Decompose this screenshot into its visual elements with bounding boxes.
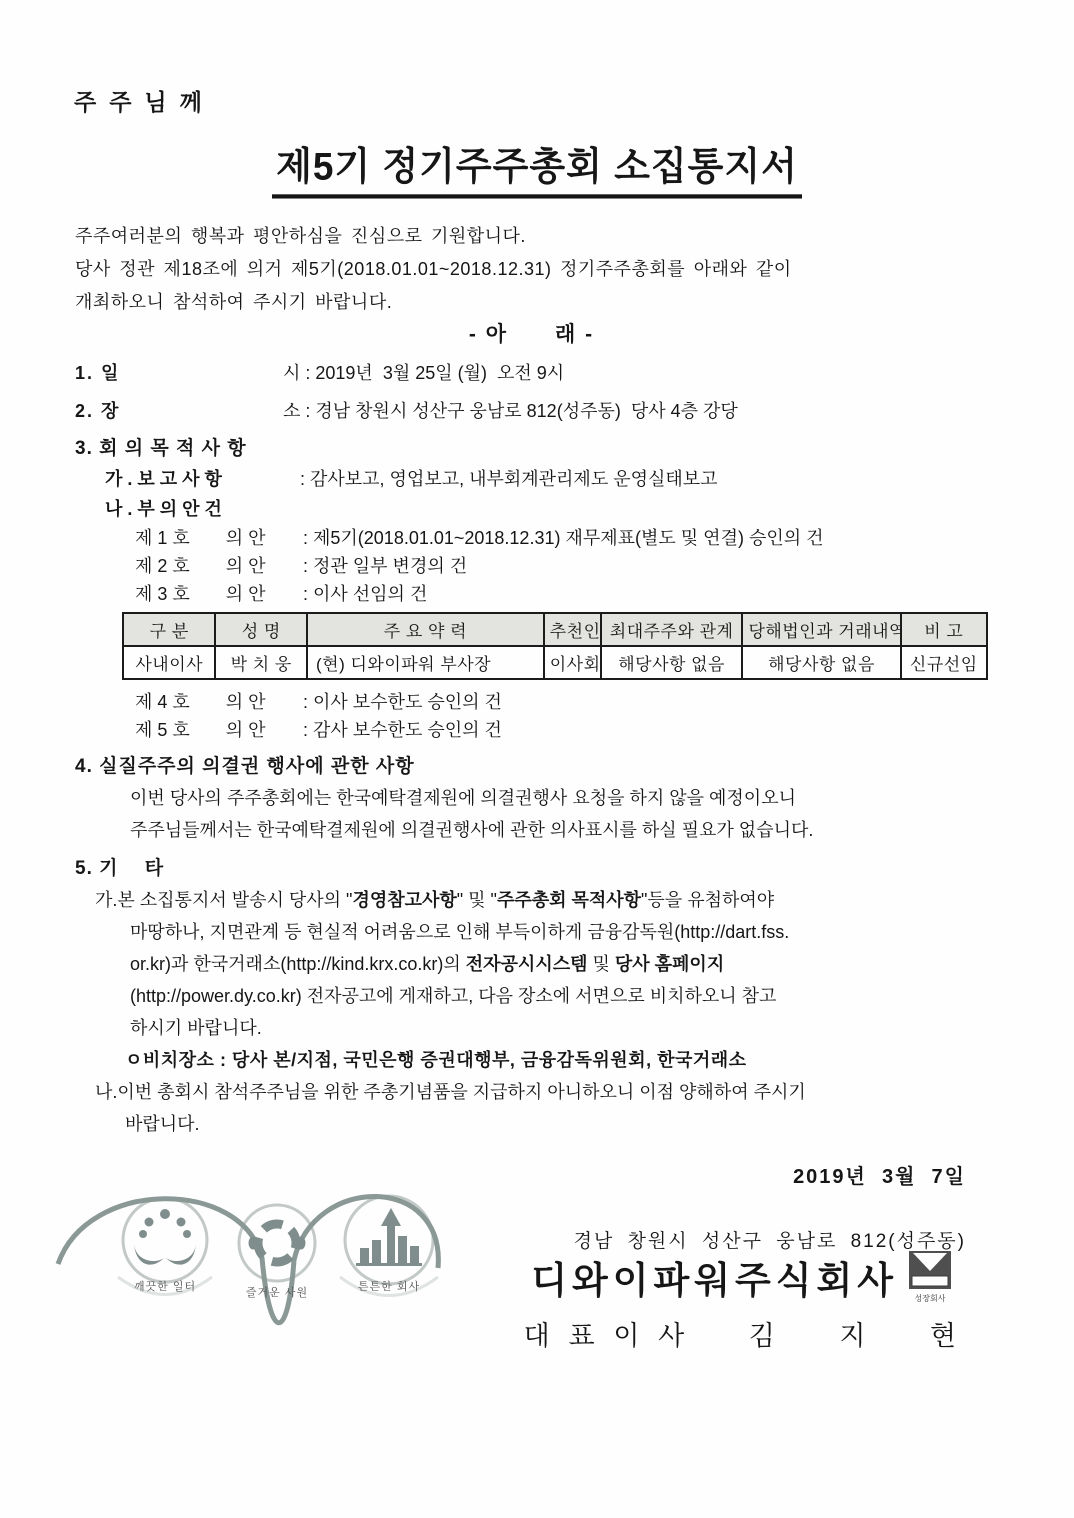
table-header-row: 구 분 성 명 주 요 약 력 추천인 최대주주와 관계 당해법인과 거래내역 … — [123, 613, 987, 646]
section4-line: 이번 당사의 주주총회에는 한국예탁결제원에 의결권행사 요청을 하지 않을 예… — [75, 782, 988, 814]
intro-line: 주주여러분의 행복과 평안하심을 진심으로 기원합니다. — [75, 220, 988, 253]
proposal-value: : 이사 보수한도 승인의 건 — [303, 688, 988, 716]
clean-workplace-icon — [134, 1209, 196, 1265]
agenda-value — [300, 494, 988, 524]
table-row: 사내이사 박 치 웅 (현) 디와이파워 부사장 이사회 해당사항 없음 해당사… — [123, 646, 987, 679]
company-seal: 성장회사 — [906, 1250, 954, 1304]
proposal-label: 제 5 호 의 안 — [135, 716, 303, 744]
greeting-text: 주주님께 — [74, 84, 215, 117]
title-wrap: 제5기 정기주주총회 소집통지서 — [0, 136, 1074, 197]
cell-transactions: 해당사항 없음 — [742, 646, 900, 679]
section5-line: 가.본 소집통지서 발송시 당사의 "경영참고사항" 및 "주주총회 목적사항"… — [75, 884, 988, 916]
deposit-place-line: ㅇ비치장소 : 당사 본/지점, 국민은행 증권대행부, 금융감독위원회, 한국… — [75, 1044, 988, 1076]
section5-line: 나.이번 총회시 참석주주님을 위한 주총기념품을 지급하지 아니하오니 이점 … — [75, 1076, 988, 1108]
company-address: 경남 창원시 성산구 웅남로 812(성주동) — [574, 1226, 966, 1253]
schedule-value: 소 : 경남 창원시 성산구 웅남로 812(성주동) 당사 4층 강당 — [283, 396, 988, 426]
schedule-row-place: 2. 장 소 : 경남 창원시 성산구 웅남로 812(성주동) 당사 4층 강… — [75, 396, 988, 426]
strong-company-icon — [356, 1208, 422, 1266]
col-header-category: 구 분 — [123, 613, 215, 646]
col-header-recommender: 추천인 — [544, 613, 601, 646]
section4-heading: 4. 실질주주의 의결권 행사에 관한 사항 — [75, 752, 988, 782]
agenda-row-report: 가 . 보 고 사 항 : 감사보고, 영업보고, 내부회계관리제도 운영실태보… — [105, 464, 988, 494]
company-seal-icon — [906, 1250, 954, 1292]
section5-line: 바랍니다. — [75, 1108, 988, 1140]
cell-recommender: 이사회 — [544, 646, 601, 679]
proposal-label: 제 2 호 의 안 — [135, 552, 303, 580]
section5-heading: 5. 기 타 — [75, 854, 988, 884]
proposal-value: : 제5기(2018.01.01~2018.12.31) 재무제표(별도 및 연… — [303, 524, 988, 552]
schedule-label: 2. 장 — [75, 396, 283, 426]
company-slogan-logo: 깨끗한 일터 즐거운 사원 튼튼한 회사 — [48, 1172, 458, 1357]
company-name: 디와이파워주식회사 — [531, 1250, 898, 1304]
proposal-value: : 이사 선임의 건 — [303, 580, 988, 608]
wave-line — [58, 1196, 438, 1322]
intro-line: 개최하오니 참석하여 주시기 바랍니다. — [75, 286, 988, 319]
company-signature-row: 디와이파워주식회사 성장회사 — [531, 1250, 954, 1304]
cell-name: 박 치 웅 — [215, 646, 307, 679]
agenda-value: : 감사보고, 영업보고, 내부회계관리제도 운영실태보고 — [300, 464, 988, 494]
document-body: 주주여러분의 행복과 평안하심을 진심으로 기원합니다. 당사 정관 제18조에… — [75, 220, 988, 1140]
agenda-label: 가 . 보 고 사 항 — [105, 464, 300, 494]
section4-line: 주주님들께서는 한국예탁결제원에 의결권행사에 관한 의사표시를 하실 필요가 … — [75, 814, 988, 846]
agenda-row-resolution: 나 . 부 의 안 건 — [105, 494, 988, 524]
logo-label: 튼튼한 회사 — [358, 1279, 420, 1293]
section5-line: 하시기 바랍니다. — [75, 1012, 988, 1044]
schedule-value: 시 : 2019년 3월 25일 (월) 오전 9시 — [283, 358, 988, 388]
proposal-label: 제 1 호 의 안 — [135, 524, 303, 552]
proposal-1: 제 1 호 의 안 : 제5기(2018.01.01~2018.12.31) 재… — [135, 524, 988, 552]
intro-line: 당사 정관 제18조에 의거 제5기(2018.01.01~2018.12.31… — [75, 253, 988, 286]
proposal-value: : 정관 일부 변경의 건 — [303, 552, 988, 580]
schedule-label: 1. 일 — [75, 358, 283, 388]
col-header-name: 성 명 — [215, 613, 307, 646]
proposal-2: 제 2 호 의 안 : 정관 일부 변경의 건 — [135, 552, 988, 580]
col-header-career: 주 요 약 력 — [307, 613, 544, 646]
col-header-transactions: 당해법인과 거래내역 — [742, 613, 900, 646]
cell-relation: 해당사항 없음 — [601, 646, 743, 679]
proposal-label: 제 4 호 의 안 — [135, 688, 303, 716]
section-divider: - 아 래 - — [75, 319, 988, 350]
section5-line: (http://power.dy.co.kr) 전자공고에 게재하고, 다음 장… — [75, 980, 988, 1012]
happy-employees-icon — [249, 1216, 306, 1270]
logo-label: 즐거운 사원 — [246, 1285, 308, 1299]
director-candidate-table: 구 분 성 명 주 요 약 력 추천인 최대주주와 관계 당해법인과 거래내역 … — [122, 612, 988, 680]
schedule-row-datetime: 1. 일 시 : 2019년 3월 25일 (월) 오전 9시 — [75, 358, 988, 388]
ceo-signature: 대 표 이 사 김 지 현 — [524, 1314, 962, 1353]
section3-heading: 3. 회 의 목 적 사 항 — [75, 434, 988, 464]
proposal-5: 제 5 호 의 안 : 감사 보수한도 승인의 건 — [135, 716, 988, 744]
document-page: 주주님께 제5기 정기주주총회 소집통지서 주주여러분의 행복과 평안하심을 진… — [0, 0, 1074, 1518]
cell-note: 신규선임 — [901, 646, 987, 679]
col-header-note: 비 고 — [901, 613, 987, 646]
proposal-value: : 감사 보수한도 승인의 건 — [303, 716, 988, 744]
cell-category: 사내이사 — [123, 646, 215, 679]
notice-date: 2019년 3월 7일 — [793, 1160, 966, 1189]
section5-line: 마땅하나, 지면관계 등 현실적 어려움으로 인해 부득이하게 금융감독원(ht… — [75, 916, 988, 948]
proposal-label: 제 3 호 의 안 — [135, 580, 303, 608]
section5-line: or.kr)과 한국거래소(http://kind.krx.co.kr)의 전자… — [75, 948, 988, 980]
cell-career: (현) 디와이파워 부사장 — [307, 646, 544, 679]
proposal-4: 제 4 호 의 안 : 이사 보수한도 승인의 건 — [135, 688, 988, 716]
agenda-label: 나 . 부 의 안 건 — [105, 494, 300, 524]
logo-label: 깨끗한 일터 — [134, 1279, 196, 1293]
col-header-relation: 최대주주와 관계 — [601, 613, 743, 646]
proposal-3: 제 3 호 의 안 : 이사 선임의 건 — [135, 580, 988, 608]
page-title: 제5기 정기주주총회 소집통지서 — [272, 134, 802, 198]
seal-caption: 성장회사 — [915, 1293, 946, 1304]
